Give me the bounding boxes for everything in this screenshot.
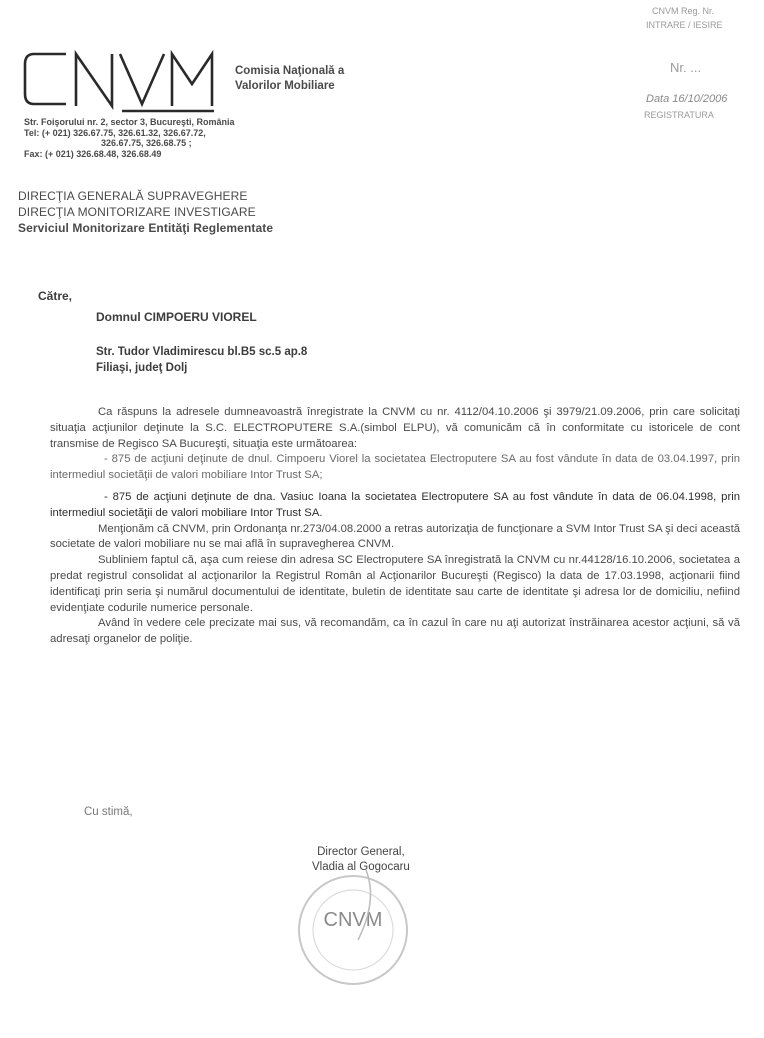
recipient-name: Domnul CIMPOERU VIOREL: [96, 310, 257, 324]
paragraph: - 875 de acţiuni deţinute de dna. Vasiuc…: [50, 490, 740, 522]
svg-text:CNVM: CNVM: [324, 909, 383, 931]
paragraph: Având în vedere cele precizate mai sus, …: [50, 616, 740, 648]
stamp-date: Data 16/10/2006: [646, 94, 727, 105]
letter-body: Ca răspuns la adresele dumneavoastră înr…: [50, 405, 740, 648]
official-seal-icon: CNVM: [288, 860, 418, 990]
directorate-line: DIRECŢIA GENERALĂ SUPRAVEGHERE: [18, 188, 273, 204]
directorate-line: DIRECŢIA MONITORIZARE INVESTIGARE: [18, 204, 273, 220]
paragraph: - 875 de acţiuni deţinute de dnul. Cimpo…: [50, 452, 740, 484]
phone-line: 326.67.75, 326.68.75 ;: [24, 138, 235, 149]
stamp-line: CNVM Reg. Nr.: [652, 6, 714, 17]
address-line: Str. Foişorului nr. 2, sector 3, Bucureş…: [24, 117, 235, 128]
paragraph: Menţionăm că CNVM, prin Ordonanţa nr.273…: [50, 522, 740, 554]
institution-line: Comisia Naţională a: [235, 64, 344, 79]
stamp-line: REGISTRATURA: [644, 110, 714, 121]
service-line: Serviciul Monitorizare Entităţi Reglemen…: [18, 220, 273, 236]
signatory-title: Director General,: [312, 845, 410, 860]
directorate-block: DIRECŢIA GENERALĂ SUPRAVEGHERE DIRECŢIA …: [18, 188, 273, 236]
to-label: Către,: [38, 289, 72, 303]
cnvm-logo-icon: [22, 50, 217, 114]
stamp-line: Nr. ...: [670, 62, 701, 73]
institution-line: Valorilor Mobiliare: [235, 79, 344, 94]
paragraph: Subliniem faptul că, aşa cum reiese din …: [50, 553, 740, 616]
recipient-city: Filiaşi, judeţ Dolj: [96, 362, 187, 374]
phone-line: Tel: (+ 021) 326.67.75, 326.61.32, 326.6…: [24, 128, 235, 139]
stamp-line: INTRARE / IESIRE: [646, 20, 723, 31]
registration-stamp: CNVM Reg. Nr. INTRARE / IESIRE Nr. ... D…: [640, 2, 764, 122]
fax-line: Fax: (+ 021) 326.68.48, 326.68.49: [24, 149, 235, 160]
recipient-address: Str. Tudor Vladimirescu bl.B5 sc.5 ap.8: [96, 346, 307, 358]
paragraph: Ca răspuns la adresele dumneavoastră înr…: [50, 405, 740, 452]
closing: Cu stimă,: [84, 806, 133, 818]
letterhead-address: Str. Foişorului nr. 2, sector 3, Bucureş…: [24, 117, 235, 159]
institution-name: Comisia Naţională a Valorilor Mobiliare: [235, 64, 344, 94]
